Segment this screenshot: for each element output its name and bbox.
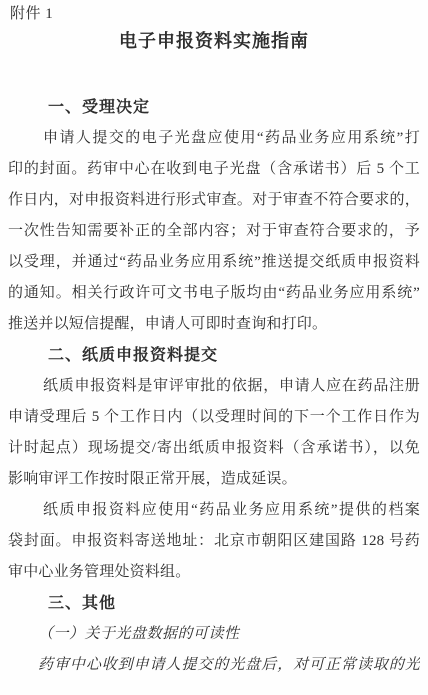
paragraph-line: 审中心业务管理处资料组。: [8, 557, 420, 588]
section-heading: 一、受理决定: [8, 92, 420, 123]
paragraph-line: 袋封面。申报资料寄送地址：北京市朝阳区建国路 128 号药: [8, 526, 420, 557]
paragraph-line: 推送并以短信提醒，申请人可即时查询和打印。: [8, 309, 420, 340]
attachment-label: 附件 1: [10, 3, 53, 25]
section-heading: 三、其他: [8, 588, 420, 619]
document-page: 附件 1 电子申报资料实施指南 一、受理决定申请人提交的电子光盘应使用“药品业务…: [0, 0, 428, 695]
paragraph-line: 作日内，对申报资料进行形式审查。对于审查不符合要求的，: [8, 185, 420, 216]
paragraph-line: 申请人提交的电子光盘应使用“药品业务应用系统”打: [8, 123, 420, 154]
document-body: 一、受理决定申请人提交的电子光盘应使用“药品业务应用系统”打印的封面。药审中心在…: [8, 92, 420, 681]
paragraph-line: 影响审评工作按时限正常开展，造成延误。: [8, 464, 420, 495]
subsection-heading: （一）关于光盘数据的可读性: [8, 619, 420, 650]
paragraph-line: 以受理，并通过“药品业务应用系统”推送提交纸质申报资料: [8, 247, 420, 278]
document-title: 电子申报资料实施指南: [0, 28, 428, 54]
paragraph-line: 纸质申报资料是审评审批的依据，申请人应在药品注册: [8, 371, 420, 402]
paragraph-line: 印的封面。药审中心在收到电子光盘（含承诺书）后 5 个工: [8, 154, 420, 185]
paragraph-line: 的通知。相关行政许可文书电子版均由“药品业务应用系统”: [8, 278, 420, 309]
paragraph-line: 纸质申报资料应使用“药品业务应用系统”提供的档案: [8, 495, 420, 526]
paragraph-line: 计时起点）现场提交/寄出纸质申报资料（含承诺书），以免: [8, 433, 420, 464]
section-heading: 二、纸质申报资料提交: [8, 340, 420, 371]
paragraph-line: 申请受理后 5 个工作日内（以受理时间的下一个工作日作为: [8, 402, 420, 433]
paragraph-line: 药审中心收到申请人提交的光盘后，对可正常读取的光: [8, 650, 420, 681]
paragraph-line: 一次性告知需要补正的全部内容；对于审查符合要求的，予: [8, 216, 420, 247]
